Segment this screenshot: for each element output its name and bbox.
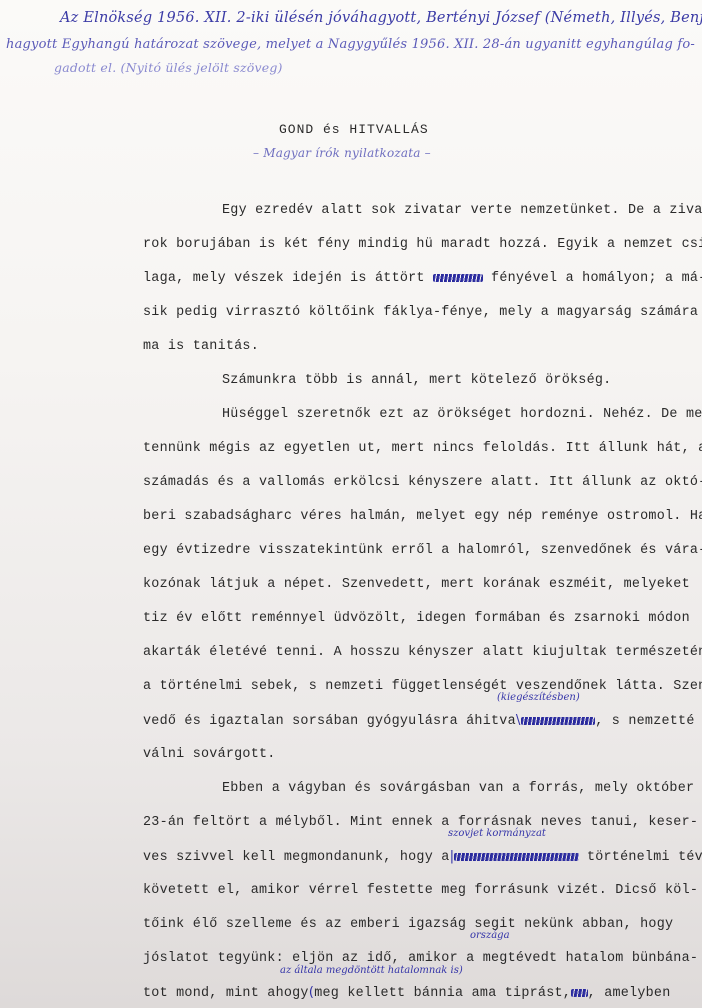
text-line: 23-án feltört a mélyből. Mint ennek a fo… [143, 815, 698, 830]
text-line: Hüséggel szeretnők ezt az örökséget hord… [222, 407, 702, 422]
struck-word: fényes [433, 271, 483, 286]
text-segment: , amelyben [588, 986, 671, 1001]
text-line: Számunkra több is annál, mert kötelező ö… [222, 373, 611, 388]
handwritten-insert: az általa megdöntött hatalomnak is) [280, 965, 463, 976]
text-segment: , s nemzetté [595, 714, 694, 729]
text-line: Ebben a vágyban és sovárgásban van a for… [222, 781, 694, 796]
struck-word: is [571, 986, 588, 1001]
text-line: válni sovárgott. [143, 747, 276, 762]
text-segment: ves szivvel kell megmondanunk, hogy a [143, 850, 450, 865]
text-line: számadás és a vallomás erkölcsi kényszer… [143, 475, 702, 490]
text-line: kozónak látjuk a népet. Szenvedett, mert… [143, 577, 690, 592]
text-line: tennünk mégis az egyetlen ut, mert nincs… [143, 441, 702, 456]
text-segment: meg kellett bánnia ama tiprást, [314, 986, 571, 1001]
text-line: ma is tanitás. [143, 339, 259, 354]
text-line: Egy ezredév alatt sok zivatar verte nemz… [222, 203, 702, 218]
text-line: ves szivvel kell megmondanunk, hogy a|sz… [143, 849, 702, 865]
text-line: sik pedig virrasztó költőink fáklya-fény… [143, 305, 698, 320]
text-line: rok borujában is két fény mindig hü mara… [143, 237, 702, 252]
text-segment: fényével a homályon; a má- [491, 271, 702, 286]
text-line: tot mond, mint ahogy(meg kellett bánnia … [143, 985, 671, 1001]
handwritten-subtitle: – Magyar írók nyilatkozata – [253, 146, 431, 160]
document-title: GOND és HITVALLÁS [279, 122, 429, 137]
text-line: akarták életévé tenni. A hosszu kényszer… [143, 645, 702, 660]
struck-word: kapcsolat [521, 714, 596, 729]
handwritten-note-line-1: Az Elnökség 1956. XII. 2-iki ülésén jóvá… [60, 10, 702, 26]
text-line: vedő és igaztalan sorsában gyógyulásra á… [143, 713, 695, 729]
text-line: a történelmi sebek, s nemzeti függetlens… [143, 679, 702, 694]
handwritten-insert: szovjet kormányzat [448, 828, 546, 839]
text-segment: tot mond, mint ahogy [143, 986, 309, 1001]
text-line: tiz év előtt reménnyel üdvözölt, idegen … [143, 611, 690, 626]
handwritten-insert: (kiegészítésben) [497, 692, 580, 703]
handwritten-insert: országa [470, 930, 510, 941]
text-line: beri szabadságharc véres halmán, melyet … [143, 509, 702, 524]
text-line: tőink élő szelleme és az emberi igazság … [143, 917, 673, 932]
struck-word: szovjet kormány [454, 850, 578, 865]
text-line: egy évtizedre visszatekintünk erről a ha… [143, 543, 702, 558]
text-segment: laga, mely vészek idején is áttört [143, 271, 425, 286]
text-segment: vedő és igaztalan sorsában gyógyulásra á… [143, 714, 516, 729]
text-line: követett el, amikor vérrel festette meg … [143, 883, 698, 898]
text-segment: történelmi tévedést [587, 850, 702, 865]
text-line: jóslatot tegyünk: eljön az idő, amikor a… [143, 951, 698, 966]
handwritten-note-line-2: hagyott Egyhangú határozat szövege, mely… [6, 37, 695, 52]
text-line: laga, mely vészek idején is áttört fénye… [143, 271, 702, 286]
handwritten-note-line-3: gadott el. (Nyitó ülés jelölt szöveg) [54, 60, 283, 75]
